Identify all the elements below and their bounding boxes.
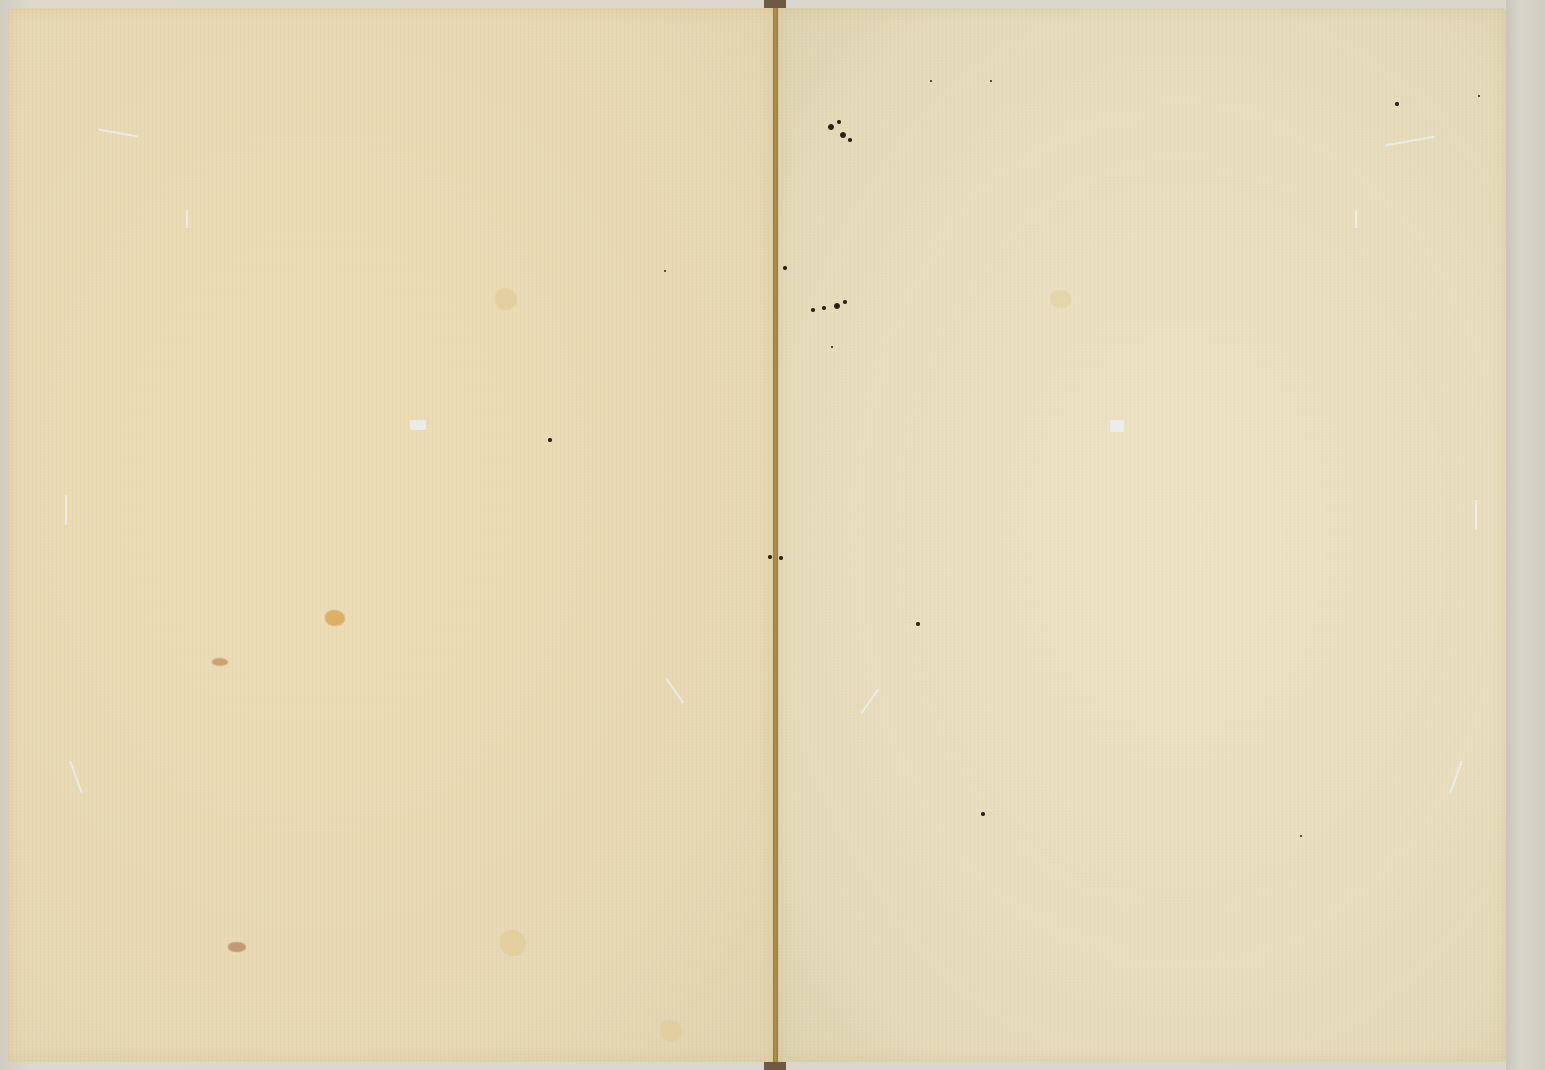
paper-stain xyxy=(228,942,246,952)
paper-fiber xyxy=(1110,420,1124,432)
paper-fiber xyxy=(410,420,426,430)
ink-spot xyxy=(783,266,787,270)
ink-spot xyxy=(930,80,932,82)
paper-stain xyxy=(495,288,517,310)
gutter-bottom-cap xyxy=(764,1062,786,1070)
left-page xyxy=(8,8,774,1062)
paper-stain xyxy=(325,610,345,626)
paper-fiber xyxy=(186,210,188,228)
right-page xyxy=(778,8,1506,1062)
book-gutter xyxy=(773,0,778,1070)
ink-spot xyxy=(811,308,815,312)
paper-texture xyxy=(8,8,774,1062)
paper-stain xyxy=(660,1020,682,1042)
paper-stain xyxy=(500,930,526,956)
ink-spot xyxy=(981,812,985,816)
ink-spot xyxy=(840,132,846,138)
ink-spot xyxy=(1395,102,1399,106)
ink-spot xyxy=(834,303,840,309)
ink-spot xyxy=(664,270,666,272)
ink-spot xyxy=(843,300,847,304)
ink-spot xyxy=(990,80,992,82)
paper-fiber xyxy=(1475,500,1477,530)
paper-fiber xyxy=(65,495,67,525)
ink-spot xyxy=(1478,95,1480,97)
ink-spot xyxy=(831,346,833,348)
ink-spot xyxy=(916,622,920,626)
ink-spot xyxy=(822,306,826,310)
ink-spot xyxy=(768,555,772,559)
paper-stain xyxy=(1050,290,1072,308)
ink-spot xyxy=(779,556,783,560)
gutter-top-cap xyxy=(764,0,786,8)
paper-texture xyxy=(778,8,1506,1062)
scanner-margin-right xyxy=(1506,0,1545,1070)
ink-spot xyxy=(1300,835,1302,837)
ink-spot xyxy=(837,120,841,124)
ink-spot xyxy=(848,138,852,142)
ink-spot xyxy=(548,438,552,442)
ink-spot xyxy=(828,124,834,130)
paper-stain xyxy=(212,658,228,666)
paper-fiber xyxy=(1355,210,1357,228)
